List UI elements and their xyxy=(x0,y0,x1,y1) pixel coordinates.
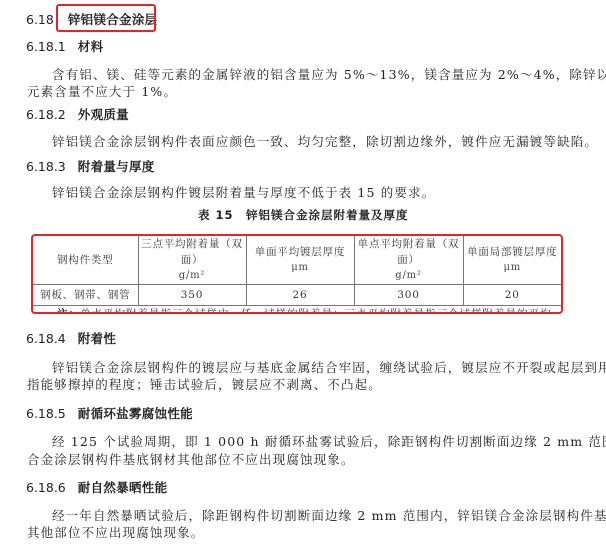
subsection-title: 附着性 xyxy=(78,331,116,346)
table-row: 钢板、钢带、钢管 350 26 300 20 xyxy=(33,285,561,306)
section-number: 6.18 xyxy=(26,12,54,27)
header-unit: g/m² xyxy=(139,268,246,284)
table-cell: 钢板、钢带、钢管 xyxy=(33,285,138,306)
subsection-number: 6.18.3 xyxy=(26,159,66,174)
table-highlight: 钢构件类型 三点平均附着量（双面）g/m² 单面平均镀层厚度μm 单点平均附着量… xyxy=(31,234,563,314)
subsection-title: 耐循环盐雾腐蚀性能 xyxy=(78,406,193,421)
header-label: 单面平均镀层厚度 xyxy=(247,244,354,260)
header-unit: μm xyxy=(247,260,354,276)
subsection-heading-6-18-4: 6.18.4附着性 xyxy=(26,329,116,347)
header-cell: 单面局部镀层厚度μm xyxy=(463,236,561,285)
header-label: 单点平均附着量（双面） xyxy=(355,236,463,268)
header-unit: μm xyxy=(464,260,562,276)
paragraph-line: 锌铝镁合金涂层钢构件表面应颜色一致、均匀完整，除切割边缘外，镀件应无漏镀等缺陷。 xyxy=(52,132,598,150)
table-cell: 300 xyxy=(354,285,463,306)
header-label: 三点平均附着量（双面） xyxy=(139,236,246,268)
section-title-highlight xyxy=(56,4,156,32)
header-cell: 钢构件类型 xyxy=(33,236,138,285)
subsection-heading-6-18-5: 6.18.5耐循环盐雾腐蚀性能 xyxy=(26,404,193,422)
table-note-row: 注：单点平均附着量指三个试样中，任一试样的附着量；三点平均附着量指三个试样附着量… xyxy=(33,306,561,315)
subsection-number: 6.18.1 xyxy=(26,39,66,54)
paragraph-line: 经 125 个试验周期，即 1 000 h 耐循环盐雾试验后，除距钢构件切割断面… xyxy=(52,432,606,450)
table-cell: 20 xyxy=(463,285,561,306)
table-header-row: 钢构件类型 三点平均附着量（双面）g/m² 单面平均镀层厚度μm 单点平均附着量… xyxy=(33,236,561,285)
header-cell: 三点平均附着量（双面）g/m² xyxy=(138,236,246,285)
subsection-heading-6-18-3: 6.18.3附着量与厚度 xyxy=(26,157,155,175)
paragraph-line: 合金涂层钢构件基底钢材其他部位不应出现腐蚀现象。 xyxy=(27,450,355,468)
paragraph-line: 元素含量不应大于 1%。 xyxy=(27,82,177,100)
table-cell: 350 xyxy=(138,285,246,306)
adhesion-thickness-table: 钢构件类型 三点平均附着量（双面）g/m² 单面平均镀层厚度μm 单点平均附着量… xyxy=(33,236,561,314)
header-cell: 单面平均镀层厚度μm xyxy=(246,236,354,285)
subsection-heading-6-18-2: 6.18.2外观质量 xyxy=(26,105,129,123)
subsection-heading-6-18-1: 6.18.1材料 xyxy=(26,37,103,55)
paragraph-line: 含有铝、镁、硅等元素的金属锌液的铝含量应为 5%～13%，镁含量应为 2%～4%… xyxy=(52,65,606,83)
paragraph-line: 锌铝镁合金涂层钢构件的镀层应与基底金属结合牢固，缠绕试验后，镀层应不开裂或起层到… xyxy=(52,358,606,376)
header-unit: g/m² xyxy=(355,268,463,284)
subsection-title: 附着量与厚度 xyxy=(78,159,155,174)
note-label: 注： xyxy=(57,308,80,314)
subsection-number: 6.18.2 xyxy=(26,107,66,122)
subsection-heading-6-18-6: 6.18.6耐自然暴晒性能 xyxy=(26,478,167,496)
header-label: 单面局部镀层厚度 xyxy=(464,244,562,260)
note-text: 单点平均附着量指三个试样中，任一试样的附着量；三点平均附着量指三个试样附着量的平… xyxy=(57,308,552,314)
subsection-title: 材料 xyxy=(78,39,104,54)
paragraph-line: 锌铝镁合金涂层钢构件镀层附着量与厚度不低于表 15 的要求。 xyxy=(52,183,435,201)
table-caption: 表 15 锌铝镁合金涂层附着量及厚度 xyxy=(198,207,409,223)
subsection-number: 6.18.5 xyxy=(26,406,66,421)
table-note: 注：单点平均附着量指三个试样中，任一试样的附着量；三点平均附着量指三个试样附着量… xyxy=(33,306,561,315)
subsection-title: 耐自然暴晒性能 xyxy=(78,480,168,495)
subsection-number: 6.18.6 xyxy=(26,480,66,495)
paragraph-line: 经一年自然暴晒试验后，除距钢构件切割断面边缘 2 mm 范围内，锌铝镁合金涂层钢… xyxy=(52,506,606,524)
header-label: 钢构件类型 xyxy=(57,254,114,266)
paragraph-line: 指能够擦掉的程度；锤击试验后，镀层应不剥离、不凸起。 xyxy=(27,375,382,393)
subsection-number: 6.18.4 xyxy=(26,331,66,346)
header-cell: 单点平均附着量（双面）g/m² xyxy=(354,236,463,285)
table-cell: 26 xyxy=(246,285,354,306)
paragraph-line: 其他部位不应出现腐蚀现象。 xyxy=(27,523,204,541)
subsection-title: 外观质量 xyxy=(78,107,129,122)
